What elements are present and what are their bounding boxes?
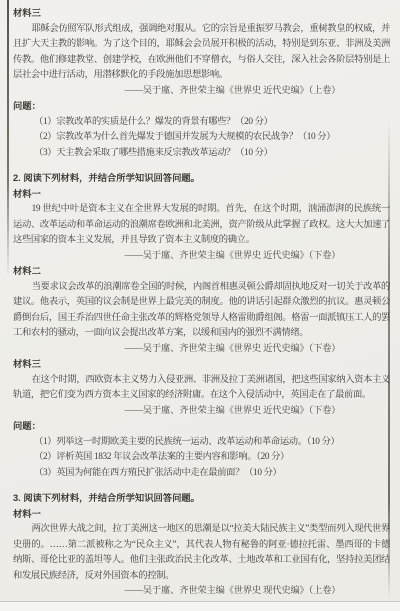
q2-question-item-2: （2）评析英国 1832 年议会改革法案的主要内容和影响。（20 分） <box>13 450 390 466</box>
q1-material3-heading: 材料三 <box>13 6 390 22</box>
q2-material1-paragraph: 19 世纪中叶是资本主义在全世界大发展的时期。首先，在这个时期，汹涌澎湃的民族统… <box>13 202 390 249</box>
q2-question-item-1: （1）列举这一时期欧美主要的民族统一运动、改革运动和革命运动。（10 分） <box>13 435 390 451</box>
q3-title: 3. 阅读下列材料，并结合所学知识回答问题。 <box>13 491 390 507</box>
q1-questions-heading: 问题： <box>13 99 390 115</box>
q2-material2-paragraph: 当要求议会改革的浪潮席卷全国的时候，内阁首相惠灵顿公爵却固执地反对一切关于改革的… <box>13 280 390 342</box>
q3-material1-paragraph: 两次世界大战之间，拉丁美洲这一地区的思潮是以“拉美大陆民族主义”类型而列入现代世… <box>13 522 390 584</box>
q3-material1-heading: 材料一 <box>13 507 390 523</box>
q2-material3-paragraph: 在这个时期，西欧资本主义势力入侵亚洲、非洲及拉丁美洲诸国，把这些国家纳入资本主义… <box>13 373 390 404</box>
q1-section: 材料三 耶稣会仿照军队形式组成，强调绝对服从。它的宗旨是重振罗马教会，重树教皇的… <box>13 6 390 161</box>
q2-material3-heading: 材料三 <box>13 357 390 373</box>
q1-material3-source: ——吴于廑、齐世荣主编《世界史 近代史编》（上卷） <box>13 84 390 100</box>
section-gap <box>13 481 390 491</box>
q2-material2-source: ——吴于廑、齐世荣主编《世界史 近代史编》（下卷） <box>13 342 390 358</box>
q1-material3-paragraph: 耶稣会仿照军队形式组成，强调绝对服从。它的宗旨是重振罗马教会，重树教皇的权威，并… <box>13 22 390 84</box>
q1-question-item-2: （2）宗教改革为什么首先爆发于德国并发展为大规模的农民战争？（10 分） <box>13 130 390 146</box>
q2-questions-heading: 问题： <box>13 419 390 435</box>
q2-material2-heading: 材料二 <box>13 264 390 280</box>
scanned-exam-page: 材料三 耶稣会仿照军队形式组成，强调绝对服从。它的宗旨是重振罗马教会，重树教皇的… <box>13 6 390 600</box>
q1-question-item-3: （3）天主教会采取了哪些措施来反宗教改革运动？（10 分） <box>13 146 390 162</box>
scan-bottom-edge <box>0 601 400 611</box>
scan-left-border-line <box>7 0 9 278</box>
q2-material1-source: ——吴于廑、齐世荣主编《世界史 近代史编》（下卷） <box>13 249 390 265</box>
q2-question-item-3: （3）英国为何能在西方殖民扩张活动中走在最前面？（10 分） <box>13 466 390 482</box>
q2-material1-heading: 材料一 <box>13 187 390 203</box>
q2-title: 2. 阅读下列材料，并结合所学知识回答问题。 <box>13 171 390 187</box>
q1-question-item-1: （1）宗教改革的实质是什么？爆发的背景有哪些？（20 分） <box>13 115 390 131</box>
q2-material3-source: ——吴于廑、齐世荣主编《世界史 近代史编》（下卷） <box>13 404 390 420</box>
q3-material1-source: ——吴于廑、齐世荣主编《世界史 现代史编》（上卷） <box>13 584 390 600</box>
q2-section: 2. 阅读下列材料，并结合所学知识回答问题。 材料一 19 世纪中叶是资本主义在… <box>13 171 390 481</box>
section-gap <box>13 161 390 171</box>
q3-section: 3. 阅读下列材料，并结合所学知识回答问题。 材料一 两次世界大战之间，拉丁美洲… <box>13 491 390 600</box>
